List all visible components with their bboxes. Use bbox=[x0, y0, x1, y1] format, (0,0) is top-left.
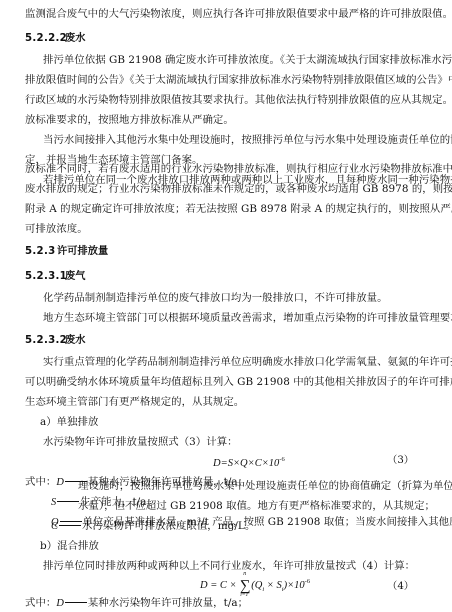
section-number: 5.2.3 bbox=[25, 245, 57, 258]
formula-lhs: D bbox=[213, 458, 221, 469]
where-prefix: 式中： bbox=[25, 597, 56, 609]
list-item-label: a）单独排放 bbox=[40, 416, 98, 429]
section-number: 5.2.2.2 bbox=[25, 32, 65, 45]
formula-exponent: -6 bbox=[279, 456, 284, 463]
body-text-line: 监测混合废气中的大气污染物浓度，则应执行各许可排放限值要求中最严格的许可排放限值… bbox=[25, 8, 452, 21]
symbol: D bbox=[56, 598, 64, 609]
formula-rhs: S×Q×C×10 bbox=[228, 458, 280, 469]
definition-text: 某种水污染物年许可排放量，t/a； bbox=[88, 597, 248, 609]
section-number: 5.2.3.1 bbox=[25, 270, 65, 283]
sum-upper-limit: n bbox=[243, 571, 246, 577]
body-text-line: 排放限值时间的公告》《关于太湖流域执行国家排放标准水污染物特别排放限值区域的公告… bbox=[25, 74, 431, 87]
summation-symbol: ∑ni=1 bbox=[239, 578, 251, 595]
section-heading-5-2-3-2: 5.2.3.2废水 bbox=[25, 334, 85, 347]
body-text-line: 排污单位同时排放两种或两种以上不同行业废水，年许可排放量按式（4）计算： bbox=[43, 560, 415, 573]
equation-number: （3） bbox=[387, 451, 414, 466]
body-text-line: 地方生态环境主管部门可以根据环境质量改善需求，增加重点污染物的许可排放量管理要求… bbox=[43, 312, 452, 325]
definition-line: 式中：D某种水污染物年许可排放量，t/a； bbox=[25, 597, 248, 610]
em-dash bbox=[57, 501, 79, 502]
formula-term: (Q bbox=[251, 580, 262, 591]
formula-exponent: -6 bbox=[305, 578, 310, 585]
symbol: C bbox=[51, 521, 58, 532]
formula-lhs: D = C × bbox=[200, 580, 237, 591]
body-text-line: 可以明确受纳水体环境质量年均值超标且列入 GB 21908 中的其他相关排放因子… bbox=[25, 376, 431, 389]
definition-continuation: 水量），但不应超过 GB 21908 取值。地方有更严格标准要求的，从其规定； bbox=[78, 500, 435, 513]
body-text-line: 放标准不同时，若有废水适用的行业水污染物排放标准，则执行相应行业水污染物排放标准… bbox=[25, 163, 431, 176]
symbol: D bbox=[56, 477, 64, 488]
body-text-line: 生态环境主管部门有更严格规定的，从其规定。 bbox=[25, 396, 244, 409]
formula-term: )×10 bbox=[284, 580, 305, 591]
where-prefix: 式中： bbox=[25, 476, 56, 488]
definition-line: C水污染物许可排放浓度限值，mg/L。 bbox=[51, 520, 255, 533]
formula-4: D = C × ∑ni=1(Qi × Si)×10-6 bbox=[200, 578, 310, 595]
formula-3: D=S×Q×C×10-6 bbox=[213, 456, 285, 469]
section-heading-5-2-3: 5.2.3许可排放量 bbox=[25, 245, 108, 258]
body-text-line: 可排放浓度。 bbox=[25, 223, 88, 236]
section-heading-5-2-3-1: 5.2.3.1废气 bbox=[25, 270, 85, 283]
body-text-line: 化学药品制剂制造排污单位的废气排放口均为一般排放口，不许可排放量。 bbox=[43, 292, 388, 305]
formula-term: × S bbox=[264, 580, 282, 591]
body-text-line: 行政区域的水污染物特别排放限值按其要求执行。其他依法执行特别排放限值的应从其规定… bbox=[25, 94, 431, 107]
body-text-line: 附录 A 的规定确定许可排放浓度；若无法按照 GB 8978 附录 A 的规定执… bbox=[25, 203, 431, 216]
definition-text: 水污染物许可排放浓度限值，mg/L。 bbox=[82, 520, 255, 532]
body-text-line: 水污染物年许可排放量按照式（3）计算： bbox=[43, 436, 238, 449]
body-text-line: 实行重点管理的化学药品制剂制造排污单位应明确废水排放口化学需氧量、氨氮的年许可排… bbox=[43, 356, 431, 369]
em-dash bbox=[59, 525, 81, 526]
section-title: 废水 bbox=[65, 335, 85, 346]
document-page: 监测混合废气中的大气污染物浓度，则应执行各许可排放限值要求中最严格的许可排放限值… bbox=[0, 0, 452, 612]
section-title: 废气 bbox=[65, 271, 85, 282]
section-title: 废水 bbox=[65, 33, 85, 44]
section-title: 许可排放量 bbox=[57, 246, 108, 257]
body-text-line: 放标准要求的，按照地方排放标准从严确定。 bbox=[25, 114, 234, 127]
body-text-line: 废水排放的规定；行业水污染物排放标准未作规定的，或各种废水均适用 GB 8978… bbox=[25, 183, 431, 196]
em-dash bbox=[65, 602, 87, 603]
body-text-line: 排污单位依据 GB 21908 确定废水许可排放浓度。《关于太湖流域执行国家排放… bbox=[43, 54, 431, 67]
symbol: S bbox=[51, 497, 56, 508]
section-number: 5.2.3.2 bbox=[25, 334, 65, 347]
body-text-line: 当污水间接排入其他污水集中处理设施时，按照排污单位与污水集中处理设施责任单位的协… bbox=[43, 134, 431, 147]
definition-continuation: 理设施时，按照排污单位与废水集中处理设施责任单位的协商值确定（折算为单位产品排 bbox=[78, 480, 452, 493]
section-heading-5-2-2-2: 5.2.2.2废水 bbox=[25, 32, 85, 45]
equation-number: （4） bbox=[387, 577, 414, 592]
list-item-label: b）混合排放 bbox=[40, 540, 99, 553]
